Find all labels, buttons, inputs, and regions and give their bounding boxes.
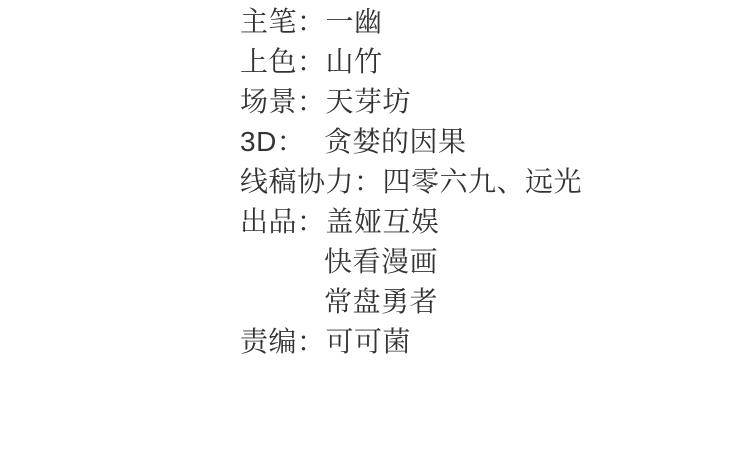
credit-label: 3D： (240, 122, 324, 162)
credit-row-producer-3: 常盘勇者 (240, 282, 582, 322)
credit-value: 一幽 (326, 2, 383, 42)
credit-row-producer-1: 出品： 盖娅互娱 (240, 202, 582, 242)
credit-value: 四零六九、远光 (383, 162, 583, 202)
credit-row-editor: 责编： 可可菌 (240, 322, 582, 362)
credit-row-3d: 3D： 贪婪的因果 (240, 122, 582, 162)
credit-value: 快看漫画 (324, 242, 438, 282)
credit-label: 线稿协力： (240, 162, 383, 202)
credit-value: 天芽坊 (326, 82, 412, 122)
credit-label: 上色： (240, 42, 326, 82)
credits-page: 主笔： 一幽 上色： 山竹 场景： 天芽坊 3D： 贪婪的因果 线稿协力： 四零… (0, 0, 750, 472)
credit-label (240, 282, 324, 322)
credits-block: 主笔： 一幽 上色： 山竹 场景： 天芽坊 3D： 贪婪的因果 线稿协力： 四零… (240, 2, 582, 362)
credit-row-producer-2: 快看漫画 (240, 242, 582, 282)
credit-value: 贪婪的因果 (324, 122, 467, 162)
credit-label: 出品： (240, 202, 326, 242)
credit-value: 可可菌 (326, 322, 412, 362)
credit-label (240, 242, 324, 282)
credit-value: 盖娅互娱 (326, 202, 440, 242)
credit-row-coloring: 上色： 山竹 (240, 42, 582, 82)
credit-row-scenes: 场景： 天芽坊 (240, 82, 582, 122)
credit-row-main-artist: 主笔： 一幽 (240, 2, 582, 42)
credit-row-lineart-assist: 线稿协力： 四零六九、远光 (240, 162, 582, 202)
credit-label: 责编： (240, 322, 326, 362)
credit-value: 常盘勇者 (324, 282, 438, 322)
credit-value: 山竹 (326, 42, 383, 82)
credit-label: 场景： (240, 82, 326, 122)
credit-label: 主笔： (240, 2, 326, 42)
